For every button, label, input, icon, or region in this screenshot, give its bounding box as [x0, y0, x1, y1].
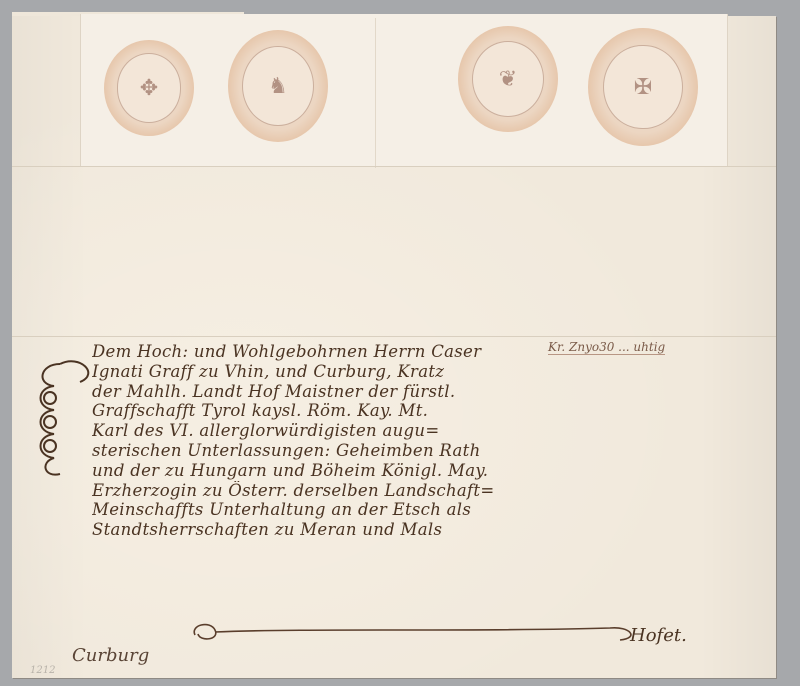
seal-emblem-icon: ✥	[117, 53, 182, 122]
decorative-initial-icon	[30, 354, 94, 484]
wax-seal-4: ✠	[588, 28, 698, 146]
address-line: Graffschafft Tyrol kaysl. Röm. Kay. Mt.	[92, 401, 762, 421]
address-line: Ignati Graff zu Vhin, und Curburg, Kratz	[92, 362, 762, 382]
address-line: Erzherzogin zu Österr. derselben Landsch…	[92, 481, 762, 501]
seal-emblem-icon: ✠	[603, 45, 682, 130]
fold-line	[12, 336, 776, 337]
address-line: Standtsherrschaften zu Meran und Mals	[92, 520, 762, 540]
seal-emblem-icon: ♞	[242, 46, 314, 127]
seal-emblem-icon: ❦	[472, 41, 544, 117]
address-text: Dem Hoch: und Wohlgebohrnen Herrn Caser …	[92, 342, 762, 540]
flourish-icon	[190, 620, 650, 650]
wax-seal-1: ✥	[104, 40, 194, 136]
pencil-note: 1212	[30, 665, 55, 676]
wax-seal-3: ❦	[458, 26, 558, 132]
wax-seal-2: ♞	[228, 30, 328, 142]
address-line: der Mahlh. Landt Hof Maistner der fürstl…	[92, 382, 762, 402]
address-line: Meinschaffts Unterhaltung an der Etsch a…	[92, 500, 762, 520]
place-name: Curburg	[72, 645, 149, 666]
signature: Hofet.	[630, 625, 687, 646]
vertical-fold	[375, 18, 376, 168]
address-line: Karl des VI. allerglorwürdigisten augu=	[92, 421, 762, 441]
address-line: Dem Hoch: und Wohlgebohrnen Herrn Caser	[92, 342, 762, 362]
address-line: sterischen Unterlassungen: Geheimben Rat…	[92, 441, 762, 461]
fold-line	[12, 166, 776, 167]
address-line: und der zu Hungarn und Böheim Königl. Ma…	[92, 461, 762, 481]
